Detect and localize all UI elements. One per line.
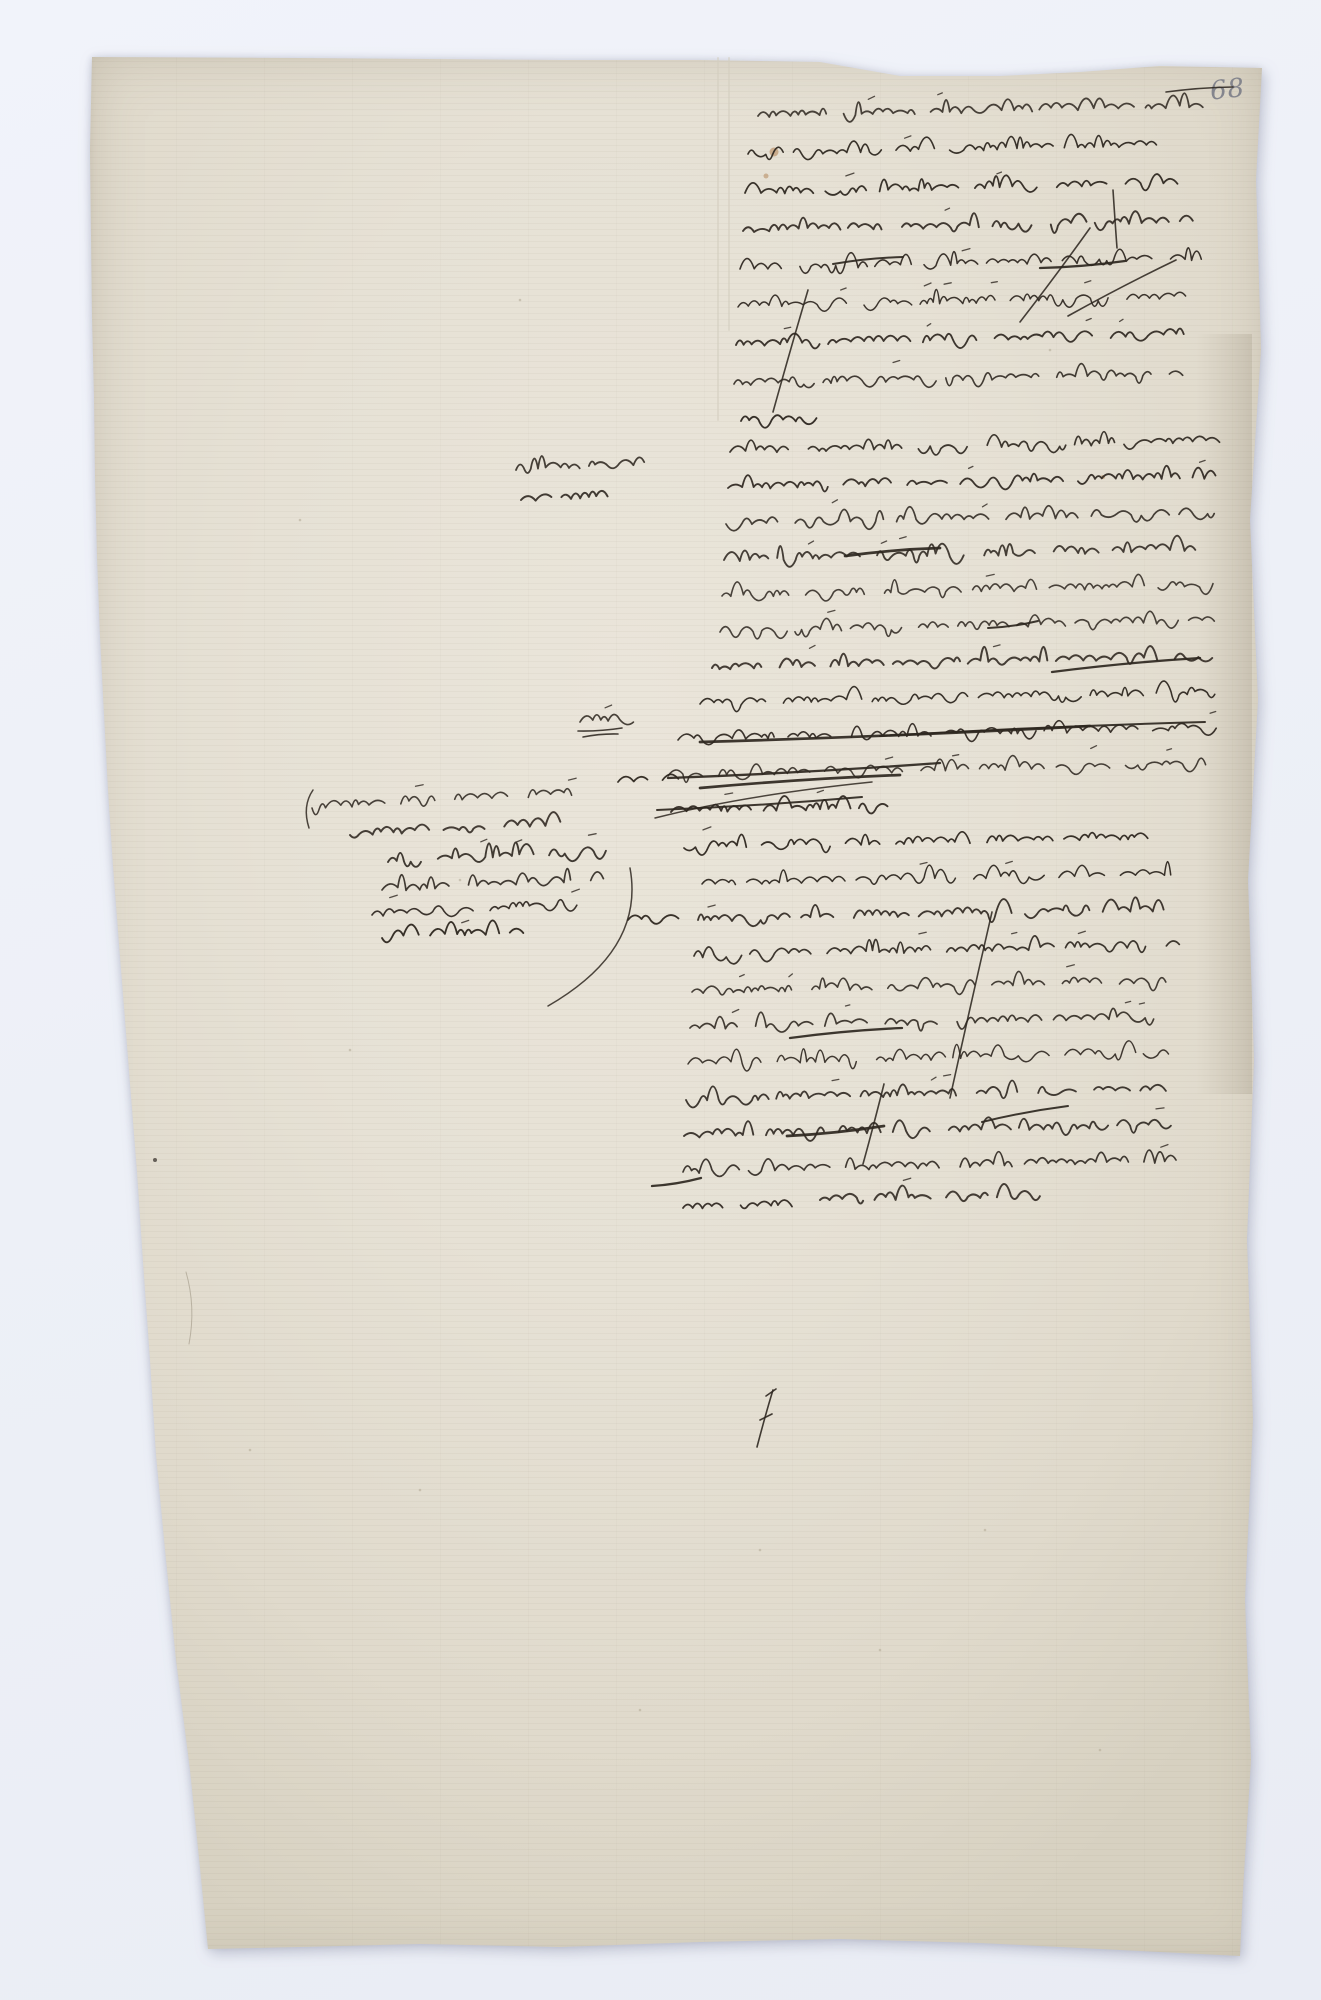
handwriting-ink-layer — [0, 0, 1321, 2000]
scan-background: 68 — [0, 0, 1321, 2000]
main-text-strokes — [668, 93, 1220, 1209]
paper-texture-marks — [153, 58, 1105, 1751]
strikethrough-strokes — [652, 257, 1205, 1186]
margin-note-strokes — [312, 456, 679, 942]
correction-slash-strokes — [306, 87, 1233, 1447]
